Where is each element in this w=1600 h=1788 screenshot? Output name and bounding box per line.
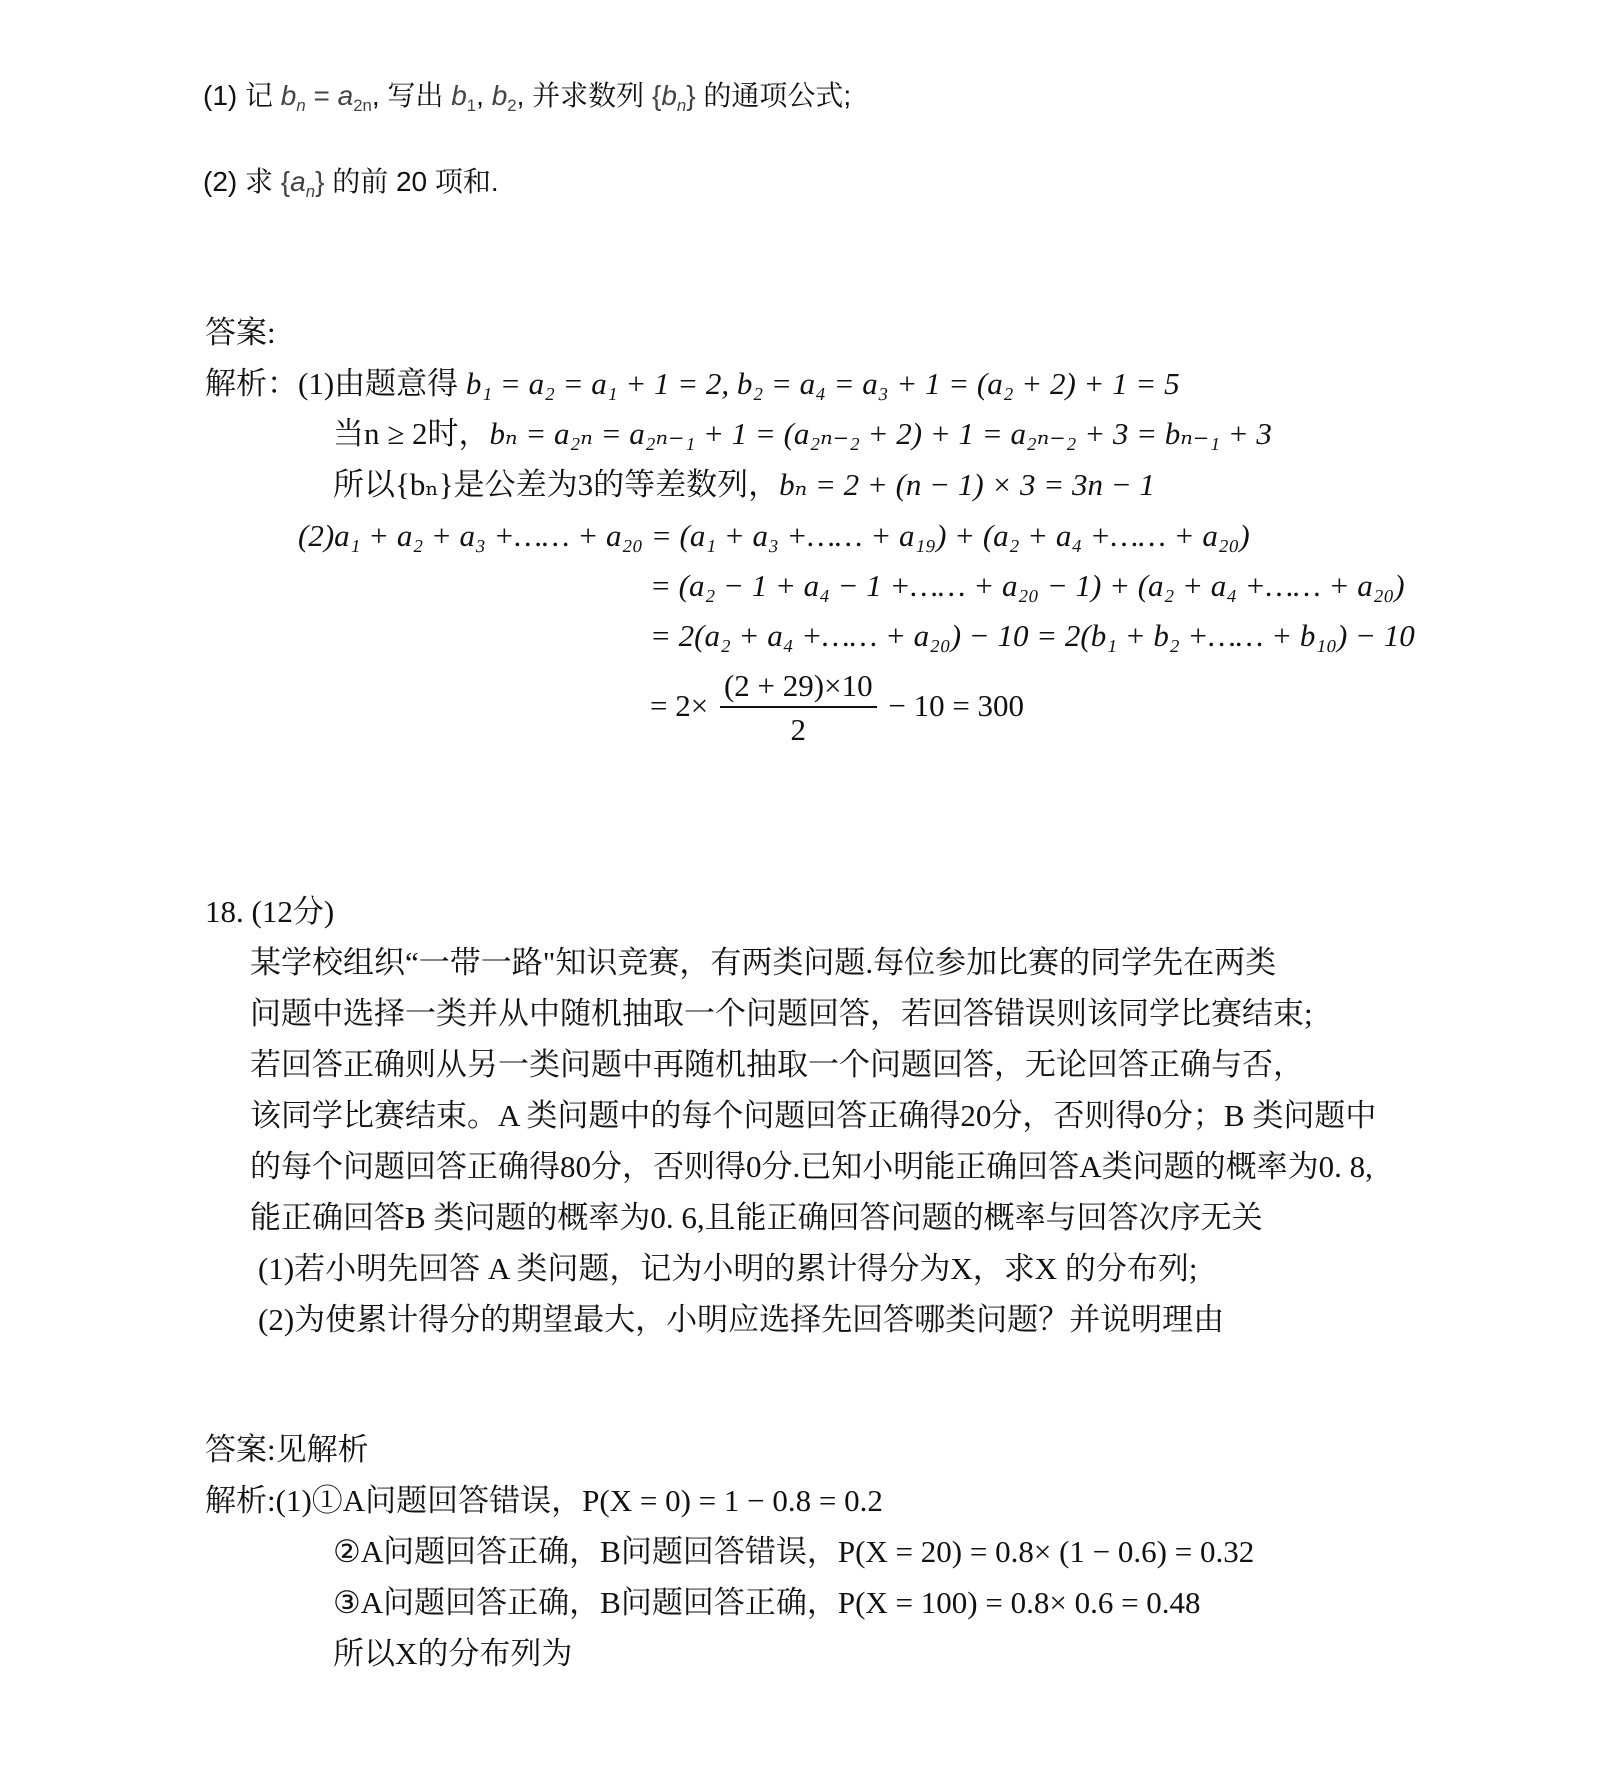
solution-line2-text: 当n ≥ 2时， — [333, 416, 490, 451]
q18-solution-line4: 所以X的分布列为 — [333, 1634, 572, 1674]
b1: b1 — [451, 80, 476, 111]
solution-line2-math: bₙ = a₂ₙ = a₂ₙ₋₁ + 1 = (a₂ₙ₋₂ + 2) + 1 =… — [490, 416, 1272, 451]
q17-solution-line1: 解析：(1)由题意得 b₁ = a₂ = a₁ + 1 = 2, b₂ = a₄… — [205, 364, 1180, 404]
b2-sub: 2 — [507, 96, 516, 115]
brace-left: { — [281, 166, 290, 197]
q18-stem-line: 若回答正确则从另一类问题中再随机抽取一个问题回答，无论回答正确与否， — [250, 1045, 1304, 1085]
b2-var: b — [492, 80, 508, 111]
comma: , — [476, 80, 492, 111]
fraction: (2 + 29)×10 2 — [720, 666, 877, 752]
q18-stem-line: 的每个问题回答正确得80分，否则得0分.已知小明能正确回答A类问题的概率为0. … — [250, 1147, 1373, 1187]
set-a-var: a — [290, 166, 306, 197]
solution-label: 解析： — [205, 366, 298, 401]
solution-line3-math: bₙ = 2 + (n − 1) × 3 = 3n − 1 — [779, 467, 1155, 502]
q17-part2-prefix: (2) 求 — [203, 166, 281, 197]
q18-solution-line3: ③A问题回答正确，B问题回答正确，P(X = 100) = 0.8× 0.6 =… — [333, 1583, 1201, 1623]
set-an: {an} — [281, 166, 325, 197]
q18-sub-question-2: (2)为使累计得分的期望最大，小明应选择先回答哪类问题？并说明理由 — [258, 1300, 1224, 1340]
q17-solution-line7: = 2× (2 + 29)×10 2 − 10 = 300 — [650, 666, 1024, 752]
q17-answer-label: 答案: — [205, 313, 276, 353]
fraction-numerator: (2 + 29)×10 — [720, 666, 877, 708]
q18-stem-line: 能正确回答B 类问题的概率为0. 6,且能正确回答问题的概率与回答次序无关 — [250, 1198, 1263, 1238]
line7-prefix: = 2× — [650, 688, 708, 723]
set-n-sub: n — [306, 182, 315, 201]
q18-solution-line2: ②A问题回答正确，B问题回答错误，P(X = 20) = 0.8× (1 − 0… — [333, 1532, 1254, 1572]
fraction-denominator: 2 — [720, 708, 877, 752]
b-var: b — [281, 80, 297, 111]
solution-line1: (1)①A问题回答错误，P(X = 0) = 1 − 0.8 = 0.2 — [276, 1483, 883, 1518]
q17-part1: (1) 记 bn = a2n, 写出 b1, b2, 并求数列 {bn} 的通项… — [203, 76, 851, 116]
q18-solution-line1: 解析:(1)①A问题回答错误，P(X = 0) = 1 − 0.8 = 0.2 — [205, 1481, 883, 1521]
q18-answer-label: 答案:见解析 — [205, 1430, 369, 1470]
q17-part1-prefix: (1) 记 — [203, 80, 281, 111]
line7-suffix: − 10 = 300 — [888, 688, 1024, 723]
solution-line1-math: b₁ = a₂ = a₁ + 1 = 2, b₂ = a₄ = a₃ + 1 =… — [466, 366, 1180, 401]
q17-bn: bn — [281, 80, 306, 111]
q17-solution-line5: = (a₂ − 1 + a₄ − 1 +…… + a₂₀ − 1) + (a₂ … — [650, 566, 1405, 606]
q17-solution-line2: 当n ≥ 2时，bₙ = a₂ₙ = a₂ₙ₋₁ + 1 = (a₂ₙ₋₂ + … — [333, 414, 1272, 454]
2n-sub: 2n — [353, 96, 372, 115]
solution-line1-text: (1)由题意得 — [298, 366, 466, 401]
brace-left: { — [652, 80, 661, 111]
q18-sub-question-1: (1)若小明先回答 A 类问题，记为小明的累计得分为X，求X 的分布列; — [258, 1249, 1197, 1289]
q18-stem-line: 问题中选择一类并从中随机抽取一个问题回答，若回答错误则该同学比赛结束; — [250, 994, 1313, 1034]
b1-sub: 1 — [467, 96, 476, 115]
set-bn: {bn} — [652, 80, 696, 111]
q17-solution-line4: (2)a₁ + a₂ + a₃ +…… + a₂₀ = (a₁ + a₃ +……… — [298, 516, 1250, 556]
b2: b2 — [492, 80, 517, 111]
set-n-sub: n — [677, 96, 686, 115]
q18-stem-line: 该同学比赛结束。A 类问题中的每个问题回答正确得20分，否则得0分；B 类问题中 — [250, 1096, 1376, 1136]
q17-part2-suffix: 的前 20 项和. — [324, 166, 498, 197]
q17-part1-mid: , 写出 — [372, 80, 451, 111]
q17-a2n: a2n — [338, 80, 372, 111]
b1-var: b — [451, 80, 467, 111]
n-sub: n — [296, 96, 305, 115]
q17-part2: (2) 求 {an} 的前 20 项和. — [203, 162, 499, 202]
q18-header: 18. (12分) — [205, 892, 334, 932]
q17-part1-suffix: 的通项公式; — [696, 80, 852, 111]
solution-line3-text: 所以{bₙ}是公差为3的等差数列， — [333, 467, 779, 502]
equals: = — [306, 80, 338, 111]
q17-part1-mid2: , 并求数列 — [517, 80, 652, 111]
solution-label: 解析: — [205, 1483, 276, 1518]
q18-stem-line: 某学校组织“一带一路"知识竞赛，有两类问题.每位参加比赛的同学先在两类 — [250, 943, 1276, 983]
q17-solution-line3: 所以{bₙ}是公差为3的等差数列，bₙ = 2 + (n − 1) × 3 = … — [333, 465, 1155, 505]
a-var: a — [338, 80, 354, 111]
q17-solution-line6: = 2(a₂ + a₄ +…… + a₂₀) − 10 = 2(b₁ + b₂ … — [650, 616, 1415, 656]
brace-right: } — [686, 80, 695, 111]
set-b-var: b — [661, 80, 677, 111]
